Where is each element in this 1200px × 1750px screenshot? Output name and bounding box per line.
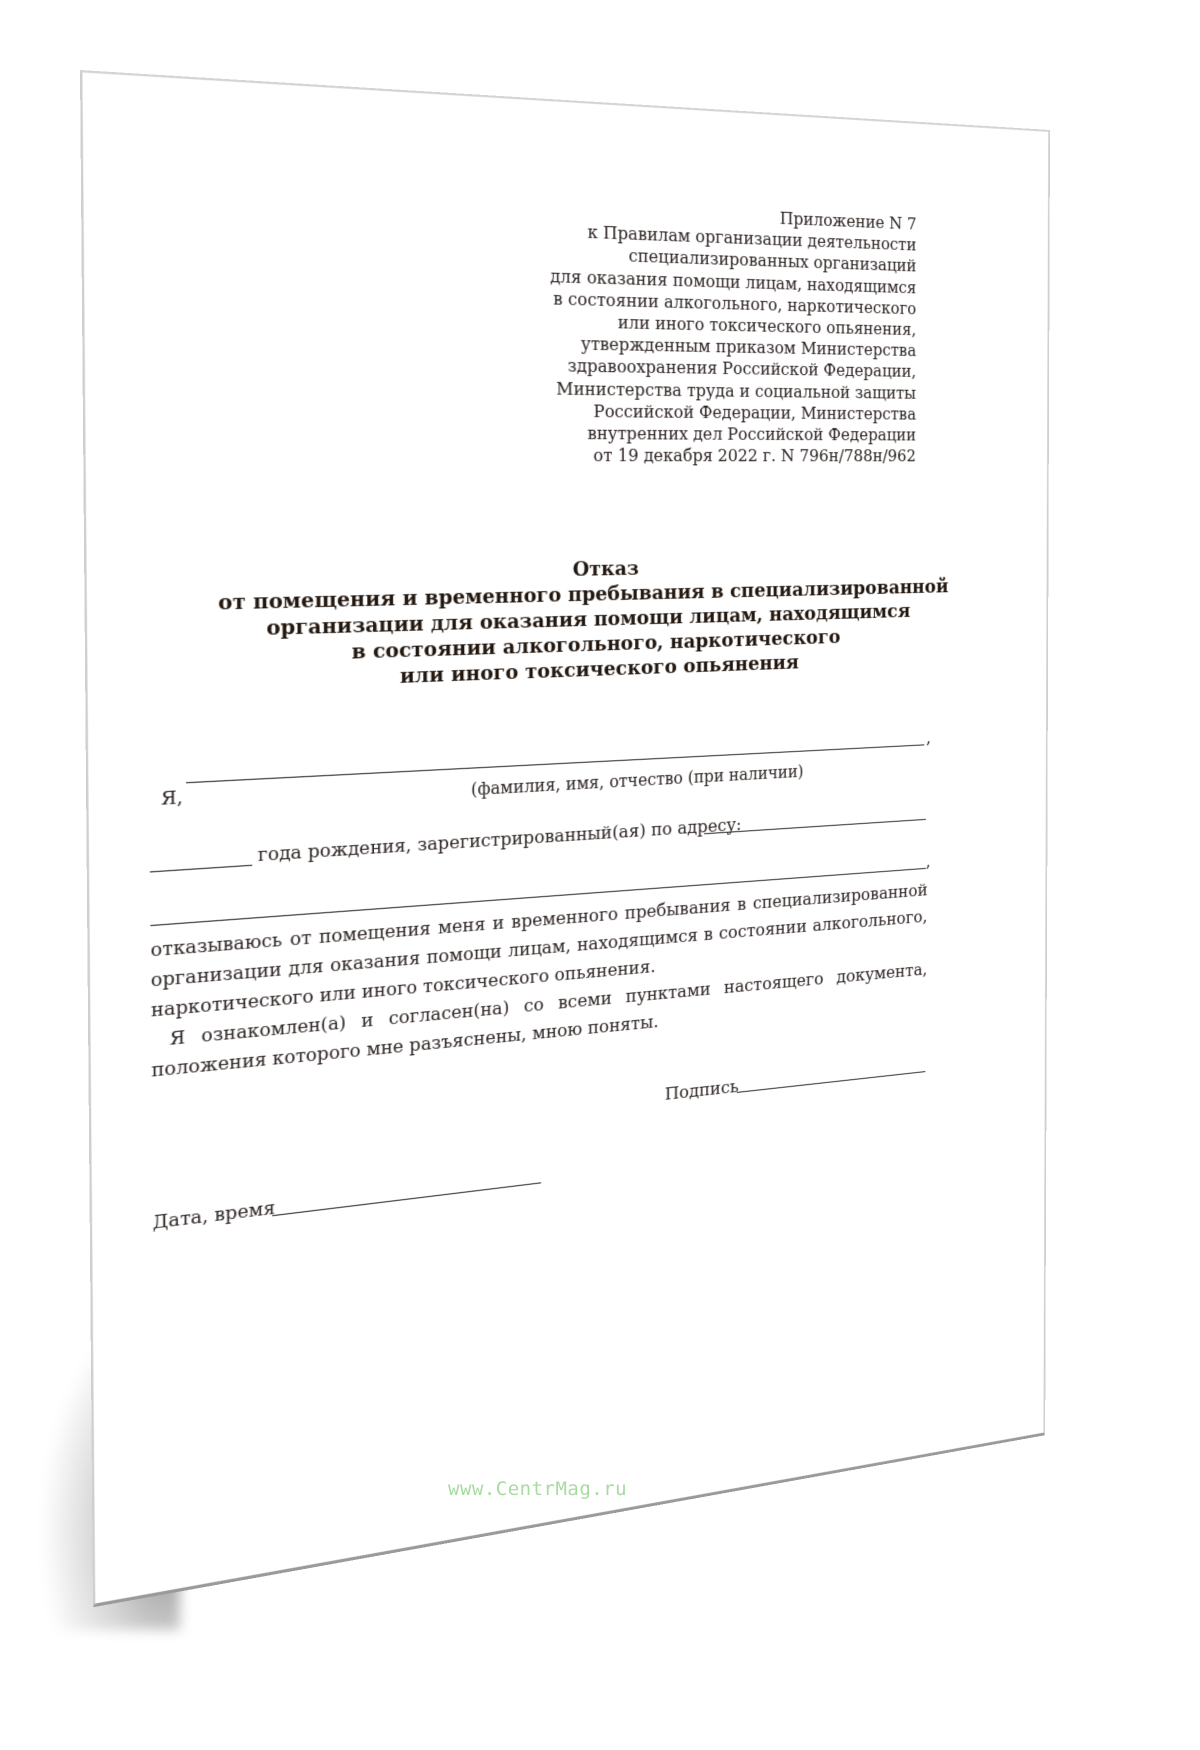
refusal-statement: отказываюсь от помещения меня и временно… <box>150 878 927 1087</box>
date-time-field[interactable] <box>272 1182 541 1216</box>
appendix-line: Российской Федерации, Министерства <box>512 399 916 424</box>
signature-field[interactable] <box>737 1071 926 1093</box>
document-sheet: Приложение N 7 к Правилам организации де… <box>80 70 1050 1607</box>
document-stage: Приложение N 7 к Правилам организации де… <box>0 0 1200 1750</box>
full-name-hint: (фамилия, имя, отчество (при наличии) <box>471 762 803 800</box>
date-time-label: Дата, время <box>152 1197 275 1234</box>
appendix-line: от 19 декабря 2022 г. N 796н/788н/962 <box>512 444 916 467</box>
appendix-reference: Приложение N 7 к Правилам организации де… <box>512 195 917 467</box>
document-title: Отказ от помещения и временного пребыван… <box>157 550 995 698</box>
signature-label: Подпись <box>665 1077 739 1105</box>
birth-year-field[interactable] <box>150 865 252 873</box>
name-prefix-label: Я, <box>161 787 183 811</box>
address-trailing-comma: , <box>926 852 931 872</box>
birth-address-label: года рождения, зарегистрированный(ая) по… <box>258 815 742 867</box>
name-trailing-comma: , <box>926 728 931 748</box>
appendix-line: внутренних дел Российской Федерации <box>512 422 916 446</box>
watermark: www.CentrMag.ru <box>448 1478 627 1500</box>
